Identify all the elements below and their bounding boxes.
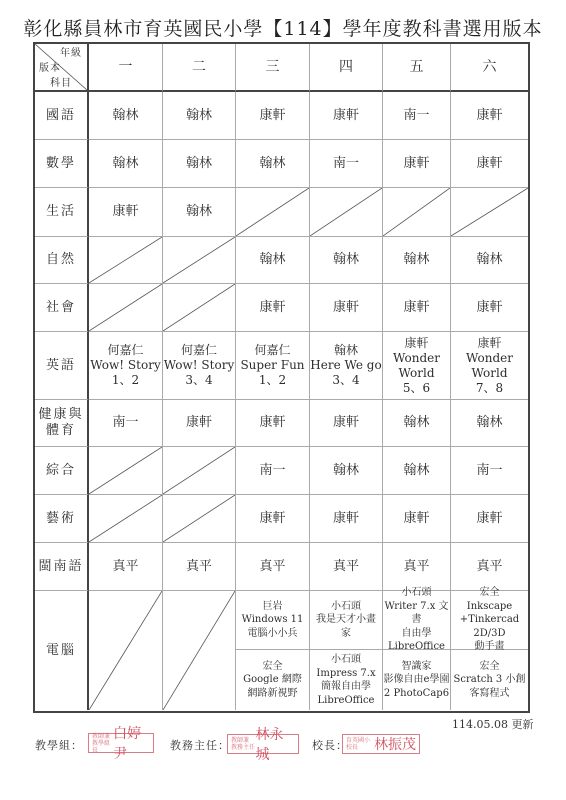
version-label: 版本 [39, 61, 61, 77]
textbook-cell-text: 翰林 [476, 415, 502, 431]
grade-header-5-text: 五 [410, 59, 424, 75]
textbook-cell: 南一 [451, 447, 528, 495]
subject-label: 社會 [35, 284, 89, 332]
textbook-cell: 翰林 [163, 92, 236, 140]
principal-stamp: 育英國小 校長 林振茂 [342, 734, 420, 754]
textbook-cell: 康軒 [163, 400, 236, 447]
subject-label: 自然 [35, 237, 89, 284]
teaching-section-stamp: 教師兼 教學組長 白婷尹 [88, 733, 154, 753]
subject-label: 國語 [35, 92, 89, 140]
textbook-cell: 康軒 [236, 92, 310, 140]
textbook-cell-text: 康軒 [476, 108, 502, 124]
stamp-title: 育英國小 校長 [346, 737, 374, 751]
computer-textbook-lower: 小石頭 Impress 7.x 簡報自由學 LibreOffice [310, 650, 383, 710]
textbook-cell: 康軒 Wonder World 7、8 [451, 332, 528, 400]
subject-label-text: 藝術 [46, 511, 76, 527]
computer-textbook-lower-text: 宏全 Scratch 3 小創 客寫程式 [454, 660, 526, 701]
textbook-cell: 翰林 [89, 92, 163, 140]
textbook-cell: 康軒 [310, 400, 383, 447]
signature-row: 教學組： 教師兼 教學組長 白婷尹 教務主任： 教師兼 教務主任 林永城 校長：… [0, 733, 566, 755]
textbook-cell: 康軒 [383, 284, 451, 332]
textbook-cell: 翰林 [451, 237, 528, 284]
textbook-cell: 翰林 [236, 140, 310, 188]
textbook-cell-text: 康軒 [186, 415, 212, 431]
textbook-cell-text: 翰林 [186, 108, 212, 124]
textbook-cell-text: 翰林 [403, 415, 429, 431]
subject-label-text: 自然 [46, 252, 76, 268]
textbook-cell: 翰林 [89, 140, 163, 188]
textbook-cell [163, 495, 236, 543]
not-applicable-slash-icon [163, 447, 235, 494]
textbook-cell: 真平 [163, 543, 236, 591]
textbook-cell: 南一 [310, 140, 383, 188]
computer-textbook-upper-text: 宏全 Inkscape +Tinkercad 2D/3D 動手畫 [451, 586, 528, 654]
textbook-cell-text: 康軒 [259, 108, 285, 124]
textbook-cell: 康軒 [310, 92, 383, 140]
subject-label-text: 電腦 [46, 643, 76, 659]
not-applicable-slash-icon [89, 447, 162, 494]
textbook-cell-text: 翰林 Here We go 3、4 [310, 343, 381, 388]
textbook-cell-text: 康軒 [259, 300, 285, 316]
subject-label: 數學 [35, 140, 89, 188]
textbook-cell-text: 南一 [112, 415, 138, 431]
textbook-cell-text: 南一 [333, 156, 359, 172]
academic-director-label: 教務主任： [170, 737, 230, 753]
not-applicable-slash-icon [383, 188, 450, 236]
not-applicable-slash-icon [89, 237, 162, 283]
computer-textbook-lower-text: 智識家 影像自由e學園 2 PhotoCap6 [384, 660, 450, 701]
grade-header-1-text: 一 [119, 59, 133, 75]
corner-header-cell: 年級版本科目 [35, 44, 89, 92]
textbook-cell: 康軒 [383, 140, 451, 188]
stamp-title: 教師兼 教學組長 [92, 733, 113, 754]
subject-label-text: 社會 [46, 300, 76, 316]
textbook-cell [89, 495, 163, 543]
not-applicable-slash-icon [89, 284, 162, 331]
textbook-cell [89, 591, 163, 710]
textbook-cell: 南一 [383, 92, 451, 140]
subject-label-text: 英語 [46, 358, 76, 374]
textbook-cell: 翰林 [163, 188, 236, 237]
not-applicable-slash-icon [163, 237, 235, 283]
textbook-cell-text: 翰林 [259, 156, 285, 172]
textbook-cell-text: 康軒 [403, 156, 429, 172]
not-applicable-slash-icon [163, 495, 235, 542]
textbook-cell: 真平 [236, 543, 310, 591]
not-applicable-slash-icon [451, 188, 528, 236]
textbook-cell: 真平 [310, 543, 383, 591]
textbook-cell-text: 康軒 [476, 511, 502, 527]
textbook-cell-text: 南一 [259, 463, 285, 479]
textbook-cell [89, 284, 163, 332]
textbook-cell [451, 188, 528, 237]
subject-label-text: 數學 [46, 156, 76, 172]
textbook-cell: 康軒 [310, 495, 383, 543]
subject-label-text: 健康與 體育 [38, 407, 83, 439]
textbook-cell-text: 翰林 [403, 463, 429, 479]
grade-header-3-text: 三 [266, 59, 280, 75]
textbook-cell: 翰林 [383, 400, 451, 447]
textbook-cell-text: 康軒 [112, 204, 138, 220]
textbook-cell: 何嘉仁 Wow! Story 3、4 [163, 332, 236, 400]
textbook-cell-text: 康軒 [333, 415, 359, 431]
textbook-cell: 翰林 [310, 237, 383, 284]
textbook-cell [310, 188, 383, 237]
textbook-cell-text: 康軒 [476, 300, 502, 316]
stamp-title: 教師兼 教務主任 [231, 737, 255, 751]
textbook-cell-text: 康軒 [333, 511, 359, 527]
textbook-cell-text: 真平 [112, 559, 138, 575]
textbook-cell-text: 真平 [476, 559, 502, 575]
textbook-cell [163, 237, 236, 284]
textbook-cell: 何嘉仁 Wow! Story 1、2 [89, 332, 163, 400]
textbook-cell-text: 康軒 [403, 300, 429, 316]
updated-date: 114.05.08 更新 [452, 716, 533, 732]
subject-label: 英語 [35, 332, 89, 400]
textbook-cell: 翰林 [236, 237, 310, 284]
computer-textbook-lower-text: 小石頭 Impress 7.x 簡報自由學 LibreOffice [316, 653, 375, 707]
textbook-cell: 康軒 [89, 188, 163, 237]
textbook-cell: 翰林 [383, 447, 451, 495]
grade-header-6-text: 六 [483, 59, 497, 75]
stamp-name: 林永城 [255, 724, 295, 764]
textbook-cell-text: 翰林 [476, 252, 502, 268]
not-applicable-slash-icon [310, 188, 382, 236]
grade-header-5: 五 [383, 44, 451, 92]
textbook-cell-text: 翰林 [112, 108, 138, 124]
textbook-cell-text: 康軒 [333, 300, 359, 316]
computer-textbook-lower: 宏全 Scratch 3 小創 客寫程式 [451, 650, 528, 710]
textbook-cell-text: 康軒 [259, 511, 285, 527]
subject-label-text: 綜合 [46, 463, 76, 479]
grade-header-4: 四 [310, 44, 383, 92]
textbook-cell-text: 翰林 [333, 252, 359, 268]
grade-header-4-text: 四 [339, 59, 353, 75]
computer-textbook-upper: 宏全 Inkscape +Tinkercad 2D/3D 動手畫 [451, 591, 528, 650]
textbook-cell [89, 237, 163, 284]
grade-header-1: 一 [89, 44, 163, 92]
subject-label: 健康與 體育 [35, 400, 89, 447]
not-applicable-slash-icon [89, 495, 162, 542]
computer-textbook-upper: 小石頭 Writer 7.x 文書 自由學 LibreOffice [383, 591, 451, 650]
not-applicable-slash-icon [236, 188, 309, 236]
stamp-name: 白婷尹 [113, 723, 150, 763]
textbook-cell: 真平 [451, 543, 528, 591]
computer-textbook-lower-text: 宏全 Google 網際 網路新視野 [243, 660, 302, 701]
subject-label-text: 國語 [46, 108, 76, 124]
textbook-cell-text: 真平 [333, 559, 359, 575]
textbook-cell: 康軒 Wonder World 5、6 [383, 332, 451, 400]
textbook-cell [89, 447, 163, 495]
subject-label: 電腦 [35, 591, 89, 710]
computer-textbook-lower: 智識家 影像自由e學園 2 PhotoCap6 [383, 650, 451, 710]
textbook-cell: 南一 [89, 400, 163, 447]
textbook-cell: 康軒 [451, 92, 528, 140]
textbook-cell: 翰林 Here We go 3、4 [310, 332, 383, 400]
textbook-cell: 康軒 [236, 495, 310, 543]
stamp-name: 林振茂 [374, 734, 416, 754]
computer-textbook-upper-text: 小石頭 我是天才小畫 家 [316, 600, 376, 641]
textbook-cell: 真平 [383, 543, 451, 591]
textbook-cell [236, 188, 310, 237]
textbook-cell-text: 康軒 [333, 108, 359, 124]
textbook-cell-text: 翰林 [112, 156, 138, 172]
textbook-cell: 翰林 [310, 447, 383, 495]
textbook-table: 年級版本科目一二三四五六國語翰林翰林康軒康軒南一康軒數學翰林翰林翰林南一康軒康軒… [33, 42, 530, 713]
textbook-cell: 康軒 [451, 495, 528, 543]
textbook-cell [163, 447, 236, 495]
textbook-cell: 康軒 [451, 284, 528, 332]
textbook-cell-text: 何嘉仁 Super Fun 1、2 [240, 343, 304, 388]
textbook-cell: 翰林 [383, 237, 451, 284]
textbook-cell: 康軒 [451, 140, 528, 188]
grade-label: 年級 [60, 46, 82, 62]
textbook-cell [163, 591, 236, 710]
computer-textbook-lower: 宏全 Google 網際 網路新視野 [236, 650, 310, 710]
textbook-cell-text: 真平 [259, 559, 285, 575]
document-title: 彰化縣員林市育英國民小學【114】學年度教科書選用版本 [0, 14, 566, 41]
textbook-cell-text: 何嘉仁 Wow! Story 3、4 [164, 343, 234, 388]
grade-header-2: 二 [163, 44, 236, 92]
textbook-cell-text: 真平 [403, 559, 429, 575]
subject-label: 科目 [50, 76, 72, 92]
not-applicable-slash-icon [163, 284, 235, 331]
textbook-cell-text: 翰林 [333, 463, 359, 479]
textbook-cell-text: 何嘉仁 Wow! Story 1、2 [90, 343, 160, 388]
subject-label: 生活 [35, 188, 89, 237]
subject-label: 藝術 [35, 495, 89, 543]
textbook-cell-text: 翰林 [186, 156, 212, 172]
textbook-cell [163, 284, 236, 332]
academic-director-stamp: 教師兼 教務主任 林永城 [227, 734, 299, 754]
computer-textbook-upper-text: 小石頭 Writer 7.x 文書 自由學 LibreOffice [383, 586, 450, 654]
textbook-cell: 康軒 [383, 495, 451, 543]
textbook-cell: 翰林 [163, 140, 236, 188]
subject-label-text: 生活 [46, 204, 76, 220]
grade-header-3: 三 [236, 44, 310, 92]
not-applicable-slash-icon [163, 591, 235, 710]
subject-label: 閩南語 [35, 543, 89, 591]
computer-textbook-upper-text: 巨岩 Windows 11 電腦小小兵 [242, 600, 304, 641]
textbook-cell: 真平 [89, 543, 163, 591]
textbook-cell: 康軒 [310, 284, 383, 332]
textbook-cell-text: 康軒 [476, 156, 502, 172]
grade-header-6: 六 [451, 44, 528, 92]
textbook-cell: 康軒 [236, 400, 310, 447]
subject-label: 綜合 [35, 447, 89, 495]
textbook-cell-text: 翰林 [403, 252, 429, 268]
textbook-cell: 康軒 [236, 284, 310, 332]
textbook-cell-text: 康軒 [259, 415, 285, 431]
computer-textbook-upper: 小石頭 我是天才小畫 家 [310, 591, 383, 650]
textbook-cell-text: 南一 [476, 463, 502, 479]
textbook-cell-text: 康軒 [403, 511, 429, 527]
textbook-cell [383, 188, 451, 237]
textbook-cell-text: 翰林 [259, 252, 285, 268]
computer-textbook-upper: 巨岩 Windows 11 電腦小小兵 [236, 591, 310, 650]
textbook-cell-text: 南一 [403, 108, 429, 124]
grade-header-2-text: 二 [192, 59, 206, 75]
subject-label-text: 閩南語 [38, 559, 83, 575]
textbook-cell-text: 康軒 Wonder World 5、6 [393, 336, 440, 396]
textbook-cell: 南一 [236, 447, 310, 495]
textbook-cell-text: 康軒 Wonder World 7、8 [466, 336, 513, 396]
not-applicable-slash-icon [89, 591, 162, 710]
textbook-cell-text: 真平 [186, 559, 212, 575]
teaching-section-label: 教學組： [35, 737, 83, 753]
textbook-cell-text: 翰林 [186, 204, 212, 220]
textbook-cell: 何嘉仁 Super Fun 1、2 [236, 332, 310, 400]
textbook-cell: 翰林 [451, 400, 528, 447]
